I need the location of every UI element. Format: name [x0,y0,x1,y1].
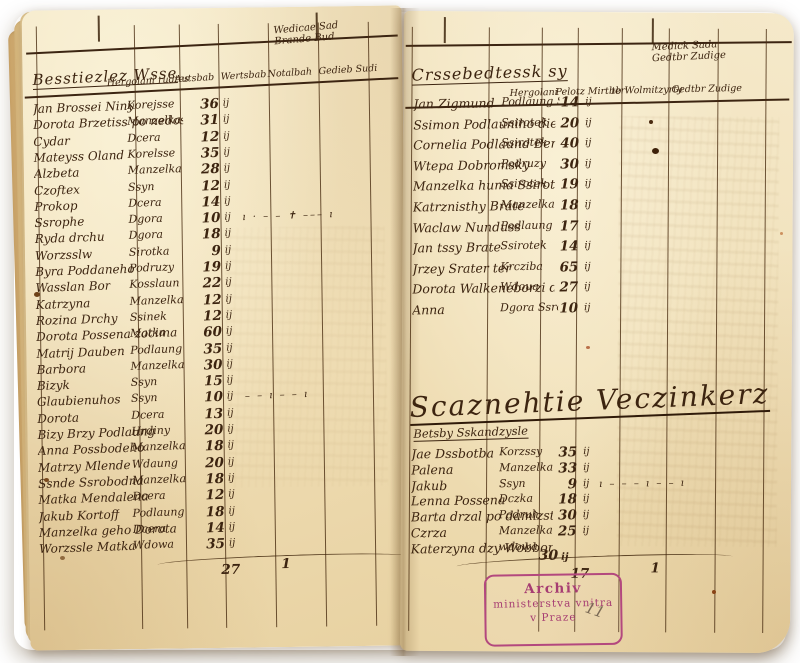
ledger-rows: Jan ZigmundPodlaung Ssirotek14ijSsimon P… [409,93,789,95]
entry-value: 9 [189,243,222,260]
entry-value: 18 [192,471,225,488]
unit-mark: ij [227,407,234,418]
section-rows: Jae DssbotbaKorzssy35ijPalenaManzelka33i… [407,443,787,445]
header-note: Wedicae Sad Brande Bud [273,20,339,47]
entry-value: 14 [188,194,221,211]
entry-relation: Korejsse [127,97,175,112]
entry-value: 30 [545,507,577,523]
entry-name: Dorota [37,410,79,425]
entry-name: Jakub [411,478,447,493]
section-total: 30ij [539,548,569,564]
entry-relation: Korelsse [127,146,175,161]
entry-value: 25 [545,523,577,539]
entry-relation: Sirotka [129,244,170,258]
trail-marks: ı · – – ✝ ––– ı [242,209,334,223]
unit-mark: ij [224,179,231,190]
header-tick [444,17,446,43]
entry-name: Jakub Kortoff [38,507,119,524]
unit-mark: ij [583,493,589,504]
header-tick [98,16,100,42]
entry-name: Jan tssy Brate [412,239,501,255]
entry-value: 18 [188,226,221,243]
entry-value: 18 [191,438,224,455]
entry-value: 12 [189,291,222,308]
ledger-row: Wtepa DobromskyPodruzy30ij [409,153,789,174]
entry-relation: Ssyn [128,180,155,194]
entry-value: 33 [545,460,577,476]
entry-value: 19 [547,177,579,193]
unit-mark: ij [584,261,590,272]
entry-relation: Kosslaun [129,277,179,292]
left-page: Wedicae Sad Brande Bud Besstiezlez Wsse … [22,5,411,650]
entry-relation: Dcera [128,196,162,210]
trail-marks: – – ı – – ı [245,389,310,402]
entry-name: Worzssle Matka [39,539,136,556]
unit-mark: ij [583,446,589,457]
ledger-row: Ssimon Podlauniho dietkySsirotek20ij [409,112,789,133]
entry-value: 31 [187,112,220,129]
unit-mark: ij [226,309,233,320]
entry-value: 28 [188,161,221,178]
entry-name: Matrij Dauben [36,344,125,361]
header-note-line: Gedtbr Zudige [652,50,726,64]
entry-value: 12 [188,177,221,194]
entry-relation: Ssirotek [501,115,547,129]
unit-mark: ij [585,220,591,231]
entry-name: Jan Zigmund [413,95,494,111]
unit-mark: ij [585,117,591,128]
entry-relation: Wdoua [500,280,539,294]
entry-value: 22 [189,275,222,292]
entry-relation: Ssirotek [500,239,546,253]
entry-value: 18 [192,503,225,520]
entry-value: 14 [193,520,226,537]
page-total: 27 [221,562,240,578]
unit-mark: ij [585,199,591,210]
entry-name: Alzbeta [34,166,80,182]
entry-relation: Korzssy [499,445,542,459]
entry-relation: Podlaung [501,218,553,232]
unit-mark: ij [584,240,590,251]
ledger-row: Cornelia Podlaund BernedigSsirotek40ij [409,133,789,154]
column-header: Wertsbab [220,69,266,83]
entry-name: Ssrophe [34,214,84,230]
entry-relation: Podruzy [501,157,546,171]
entry-relation: Dcera [132,489,166,503]
entry-relation: Wdowa [133,538,174,552]
entry-name: Anna [412,302,445,317]
entry-name: Katrzyna [35,296,90,312]
entry-relation: Manzelka [132,472,186,487]
entry-value: 20 [191,422,224,439]
unit-mark: ij [584,302,590,313]
unit-mark: ij [225,260,232,271]
entry-value: 27 [546,280,578,296]
entry-value: 60 [190,324,223,341]
entry-relation: Dcera [131,407,165,421]
unit-mark: ij [228,472,235,483]
entry-relation: Ssinek [130,310,167,324]
entry-name: Czoftex [34,182,80,198]
column-rules [22,5,402,10]
unit-mark: ij [585,158,591,169]
unit-mark: ij [227,423,234,434]
unit-mark: ij [228,456,235,467]
entry-name: Czrza [411,525,447,540]
ledger-row: Waclaw NundussPodlaung17ij [409,215,789,236]
unit-mark: ij [224,163,231,174]
entry-relation: Dgora [128,228,163,242]
entry-name: Jan Brossei Niny [33,99,135,116]
unit-mark: ij [229,521,236,532]
entry-name: Rozina Drchy [36,311,118,328]
entry-relation: Ssyn [499,477,526,490]
unit-mark: ij [583,478,589,489]
entry-relation: Podruzy [129,260,174,274]
trail-marks: ı – – – ı – – ı [599,477,686,489]
entry-value: 20 [547,115,579,131]
unit-mark: ij [585,179,591,190]
entry-relation: Ssirotek [501,177,547,191]
entry-name: Palena [411,462,453,478]
entry-relation: Podlaung [132,505,184,520]
ledger-row: Jan tssy BrateSsirotek14ij [408,236,788,257]
entry-value: 36 [187,96,220,113]
entry-value: 10 [188,210,221,227]
column-header: Autsbab [174,72,214,85]
manuscript-photo: Wedicae Sad Brande Bud Besstiezlez Wsse … [0,0,800,663]
entry-relation: Dczka [499,492,533,505]
entry-value: 65 [546,259,578,275]
unit-mark: ij [224,228,231,239]
ledger-row: AnnaDgora Ssrotek10ij [408,298,788,319]
entry-value: 12 [190,308,223,325]
entry-value: 12 [192,487,225,504]
entry-value: 14 [547,94,579,110]
unit-mark: ij [228,505,235,516]
entry-name: Worzsslw [35,247,93,263]
unit-mark: ij [224,212,231,223]
entry-name: Matrzy Mlende [38,458,131,475]
entry-name: Wasslan Bor [35,279,111,295]
entry-value: 35 [545,444,577,460]
entry-relation: Ssirotek [501,136,547,150]
unit-mark: ij [225,293,232,304]
unit-mark: ij [583,509,589,520]
entry-relation: Ssyn [131,391,158,405]
entry-name: Bizyk [37,378,70,393]
entry-name: Cydar [33,133,70,148]
entry-value: 30 [190,357,223,374]
unit-mark: ij [225,244,232,255]
unit-mark: ij [226,342,233,353]
entry-value: 17 [547,218,579,234]
ledger-row: Jrzey Srater terKrcziba65ij [408,256,788,277]
unit-mark: ij [227,440,234,451]
entry-relation: Manzelka [130,358,184,373]
unit-mark: ij [227,375,234,386]
entry-value: 14 [546,238,578,254]
header-note: Medick Sada Gedtbr Zudige [651,39,726,64]
top-rule-line [406,41,792,47]
unit-mark: ij [229,538,236,549]
entry-value: 10 [191,389,224,406]
unit-mark: ij [585,96,591,107]
page-total-mark: 1 [281,556,291,572]
entry-value: 40 [547,135,579,151]
entry-value: 35 [193,536,226,553]
unit-mark: ij [583,462,589,473]
section-subheading: Betsby Sskandzysle [413,424,528,442]
entry-value: 9 [545,476,577,492]
unit-mark: ij [223,146,230,157]
entry-relation: Dcera [133,522,167,536]
ledger-row: Dorota Walkeneborzi dutWdoua27ij [408,277,788,298]
entry-value: 20 [192,454,225,471]
unit-mark: ij [585,137,591,148]
entry-relation: Manzelka [131,439,185,454]
entry-relation: Krcziba [500,260,543,274]
entry-name: Lenna Possena [411,493,506,509]
entry-value: 10 [546,300,578,316]
entry-value: 12 [187,128,220,145]
entry-relation: Manzelka [127,113,181,128]
unit-mark: ij [225,277,232,288]
page-title: Crssebedtessk sy [411,61,568,85]
entry-name: Ssnde Ssrobodna [38,473,144,490]
entry-name: Glaubienuhos [37,393,121,410]
archive-stamp: Archiv ministerstva vnitra v Praze 11 [484,573,623,647]
entry-value: 15 [190,373,223,390]
ledger-row: Manzelka huma SsirotekSsirotek19ij [409,174,789,195]
page-total-mark: 1 [651,560,661,576]
unit-mark: ij [226,326,233,337]
ledger-row: Jan ZigmundPodlaung Ssirotek14ij [409,92,789,113]
entry-relation: Manzelka [129,293,183,308]
entry-relation: Podlaung [130,342,182,357]
entry-relation: Dcera [127,130,161,144]
entry-value: 30 [547,156,579,172]
unit-mark: ij [223,98,230,109]
unit-mark: ij [583,525,589,536]
entry-value: 13 [191,406,224,423]
unit-mark: ij [224,195,231,206]
entry-relation: Manzelka [128,162,182,177]
top-rule-line [26,34,398,54]
header-tick [652,18,654,44]
entry-relation: Hrdiny [131,424,170,438]
entry-relation: Dgora [128,212,163,226]
entry-name: Mateyss Oland [33,148,124,165]
entry-name: Byra Poddaneho [35,262,135,279]
entry-name: Anna Possbodeho [37,441,144,459]
entry-value: 18 [545,492,577,508]
entry-value: 35 [187,145,220,162]
entry-value: 35 [190,340,223,357]
entry-relation: wdowa [499,540,538,554]
entry-name: Jae Dssbotba [411,445,494,461]
right-page: Medick Sada Gedtbr Zudige Crssebedtessk … [400,11,794,653]
entry-value: 19 [189,259,222,276]
ledger-row: Katrznisthy BrateManzelka18ij [409,195,789,216]
unit-mark: ij [561,552,568,563]
entry-relation: Matka [130,326,166,340]
entry-relation: Wdaung [132,456,179,471]
unit-mark: ij [228,489,235,500]
entry-name: Ryda drchu [35,230,105,246]
unit-mark: ij [223,114,230,125]
entry-relation: Ssyn [131,375,158,389]
unit-mark: ij [227,391,234,402]
entry-name: Barbora [36,361,86,377]
column-header: Notalbah [267,66,312,79]
entry-value: 18 [547,197,579,213]
unit-mark: ij [223,130,230,141]
section-total-value: 30 [539,548,559,564]
entry-name: Jrzey Srater ter [412,260,511,276]
unit-mark: ij [226,358,233,369]
entry-relation: Podruh [499,508,539,522]
entry-name: Prokop [34,198,78,213]
unit-mark: ij [584,281,590,292]
